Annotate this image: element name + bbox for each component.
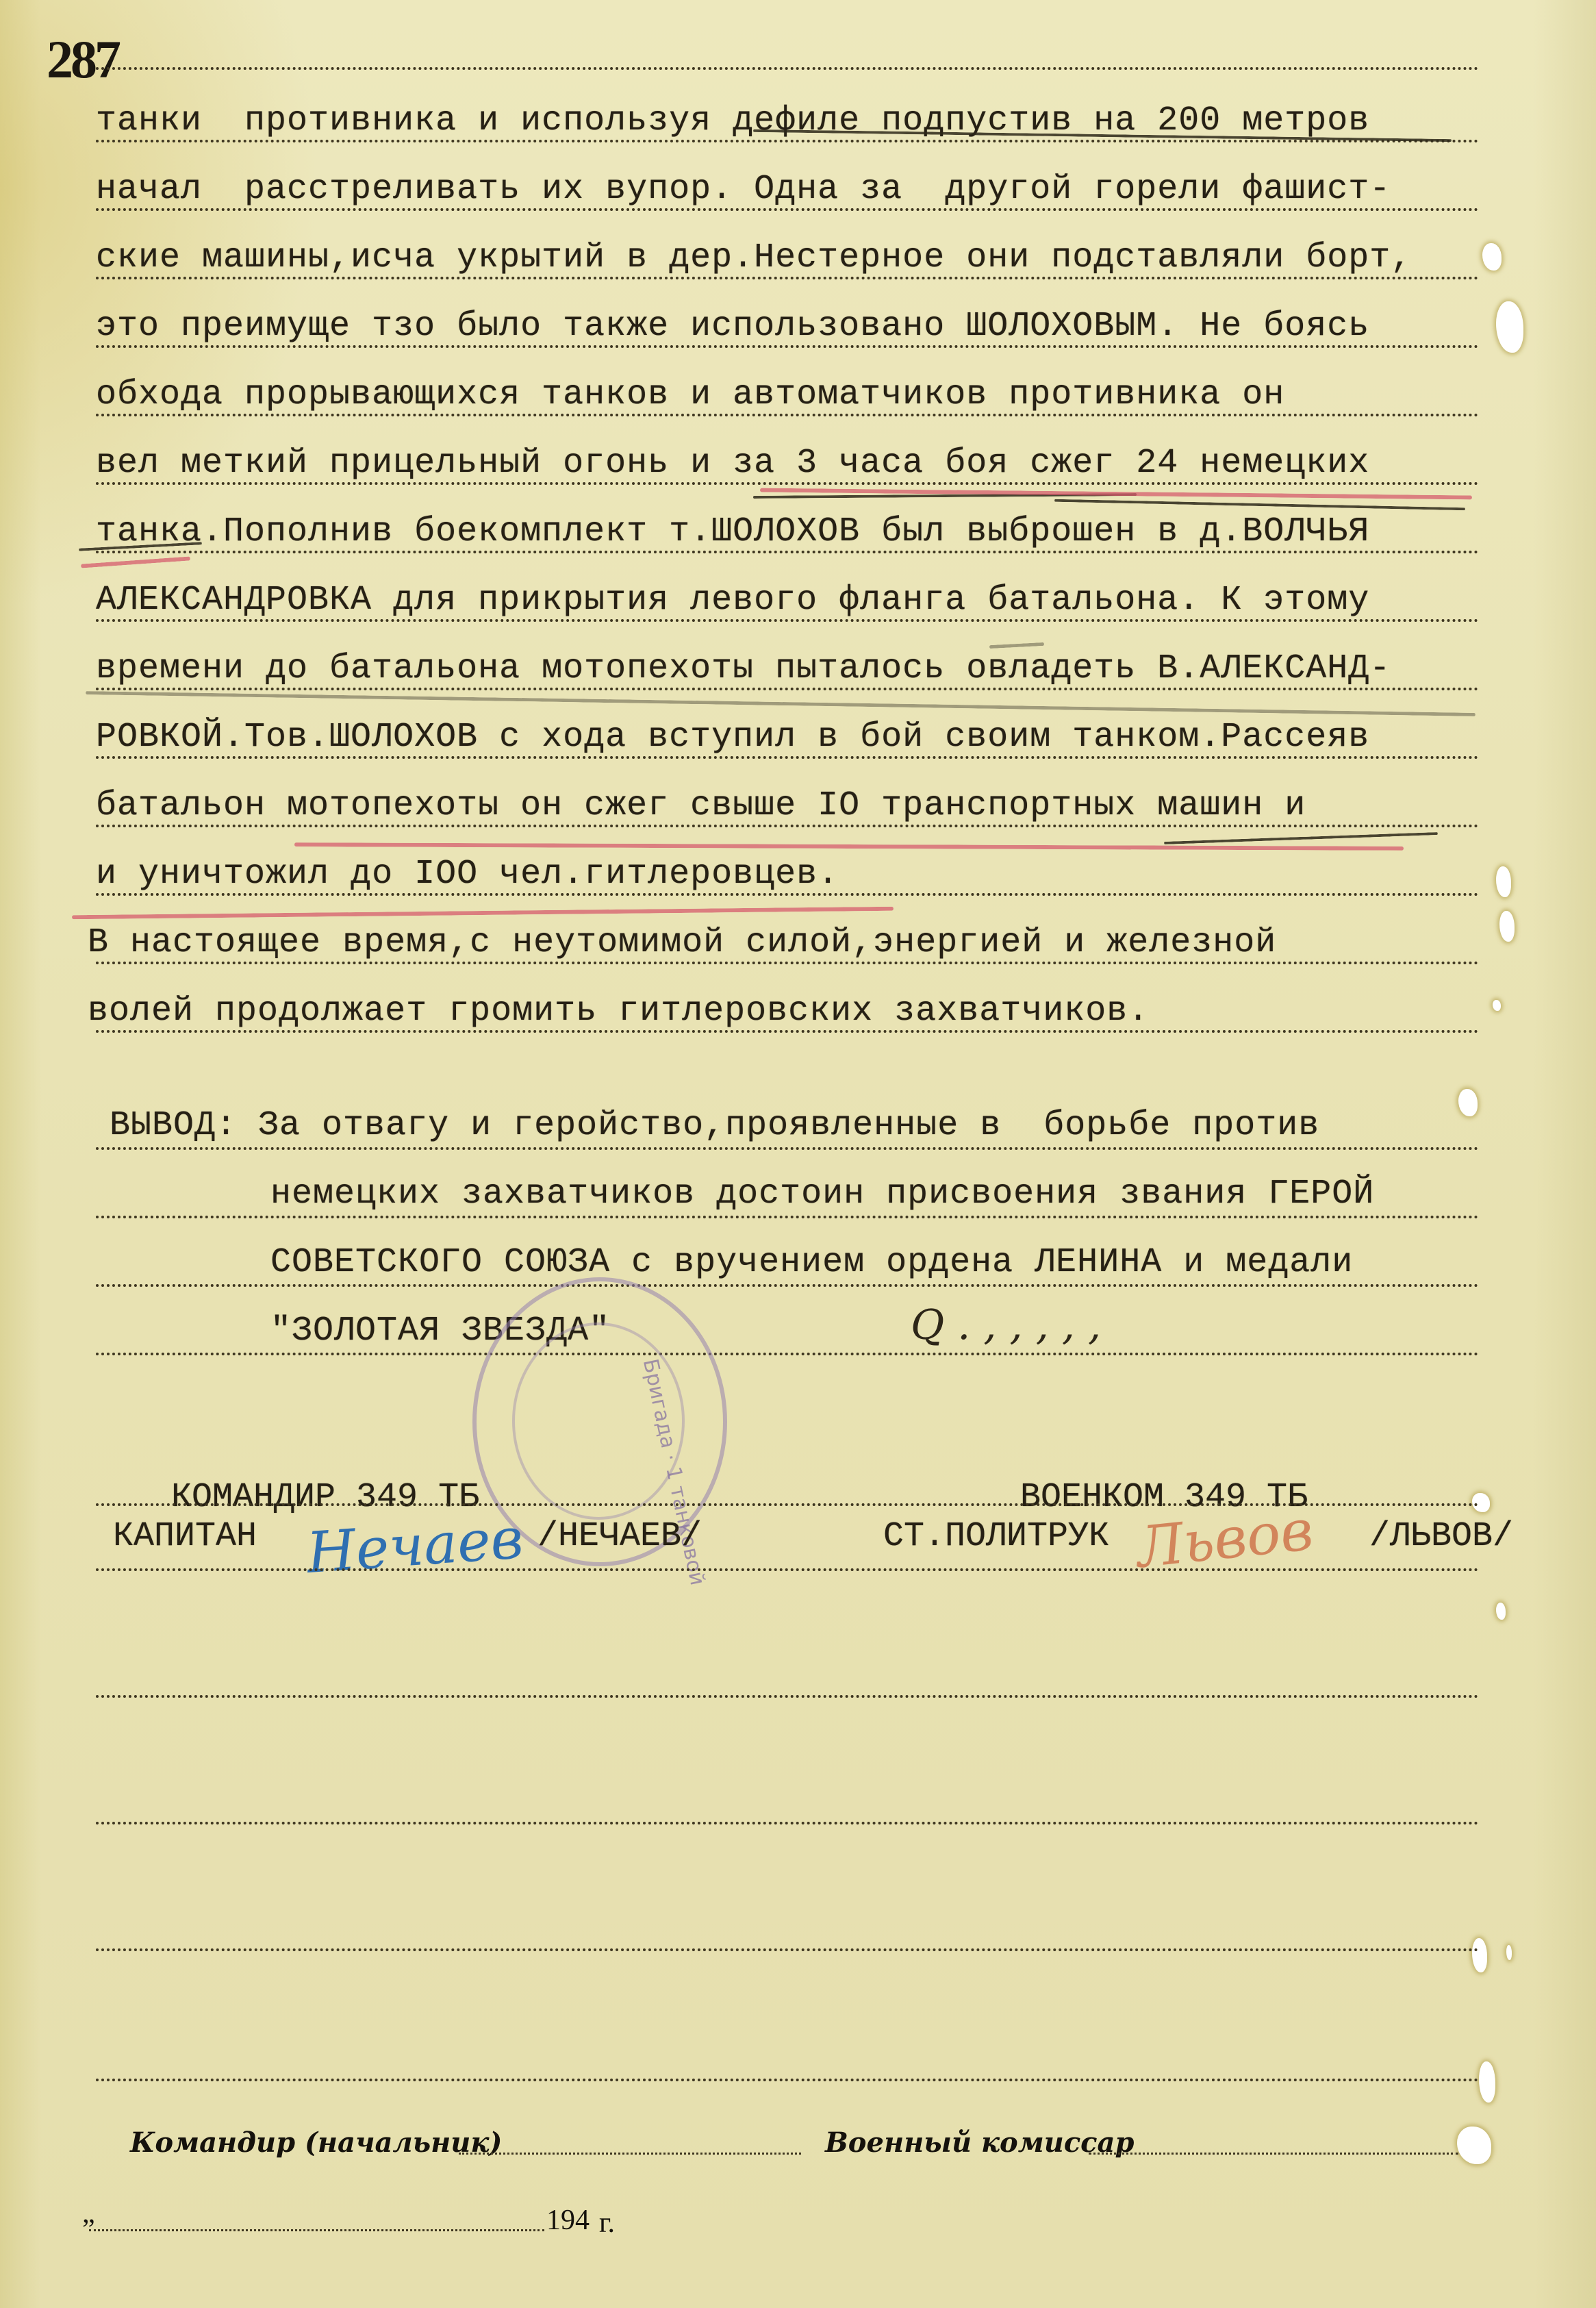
paper-hole (1493, 1000, 1501, 1011)
commissar-signature-line (1089, 2153, 1458, 2155)
dotted-rule (96, 619, 1479, 622)
commissar-name: /ЛЬВОВ/ (1369, 1517, 1513, 1556)
dotted-rule (96, 962, 1479, 964)
dotted-rule (96, 1568, 1479, 1571)
dotted-rule (96, 1695, 1479, 1698)
body-line: вел меткий прицельный огонь и за 3 часа … (96, 444, 1369, 483)
dotted-rule (96, 1284, 1479, 1287)
underline-mark (989, 642, 1044, 649)
dotted-rule (96, 1216, 1479, 1218)
dotted-rule (96, 688, 1479, 690)
date-line (89, 2229, 544, 2231)
dotted-rule (96, 1147, 1479, 1150)
commissar-form-label: Военный комиссар (825, 2127, 1134, 2159)
paper-hole (1479, 2061, 1495, 2103)
commander-signature: Нечаев (305, 1506, 525, 1586)
paper-hole (1499, 911, 1515, 942)
date-suffix: г. (599, 2207, 615, 2240)
date-year: 194 (546, 2204, 590, 2237)
award-sheet-page: 287 танки противника и используя дефиле … (0, 0, 1596, 2308)
underline-mark (760, 488, 1472, 500)
body-line: танка.Пополнив боекомплект т.ШОЛОХОВ был… (96, 512, 1369, 551)
underline-mark (294, 842, 1404, 851)
conclusion-line: немецких захватчиков достоин присвоения … (270, 1175, 1374, 1214)
underline-mark (1054, 499, 1465, 511)
body-line: это преимуще тзо было также использовано… (96, 307, 1369, 346)
body-line: времени до батальона мотопехоты пыталось… (96, 649, 1391, 688)
commander-form-label: Командир (начальник) (130, 2127, 502, 2159)
dotted-rule (96, 1353, 1479, 1355)
paper-hole (1472, 1938, 1487, 1972)
body-line: танки противника и используя дефиле подп… (96, 101, 1369, 140)
dotted-rule (96, 208, 1479, 211)
body-line: В настоящее время,с неутомимой силой,эне… (88, 923, 1276, 962)
dotted-rule (96, 893, 1479, 896)
dotted-rule (96, 277, 1479, 279)
dotted-rule (96, 1503, 1479, 1506)
body-line: АЛЕКСАНДРОВКА для прикрытия левого фланг… (96, 581, 1369, 620)
dotted-rule (96, 551, 1479, 553)
body-line: волей продолжает громить гитлеровских за… (88, 992, 1149, 1031)
dotted-rule (96, 67, 1479, 70)
body-line: и уничтожил до IOO чел.гитлеровцев. (96, 855, 839, 894)
commander-rank: КАПИТАН (113, 1517, 257, 1556)
dotted-rule (96, 414, 1479, 416)
dotted-rule (96, 2079, 1479, 2081)
dotted-rule (96, 140, 1479, 142)
dotted-rule (96, 825, 1479, 827)
conclusion-line: СОВЕТСКОГО СОЮЗА с вручением ордена ЛЕНИ… (270, 1243, 1353, 1282)
page-number: 287 (47, 29, 118, 90)
commander-title: КОМАНДИР 349 ТБ (171, 1478, 479, 1517)
body-line: обхода прорывающихся танков и автоматчик… (96, 375, 1284, 414)
body-line: начал расстреливать их вупор. Одна за др… (96, 170, 1391, 209)
paper-hole (1472, 1493, 1490, 1512)
commissar-rank: СТ.ПОЛИТРУК (883, 1517, 1109, 1556)
underline-mark (86, 691, 1475, 716)
paper-hole (1482, 243, 1502, 271)
conclusion-line: ВЫВОД: За отвагу и геройство,проявленные… (110, 1106, 1319, 1145)
date-open-quote: „ (82, 2197, 95, 2230)
paper-hole (1496, 866, 1511, 897)
dotted-rule (96, 482, 1479, 485)
paper-hole (1496, 301, 1523, 353)
underline-mark (72, 907, 894, 920)
dotted-rule (96, 1948, 1479, 1951)
body-line: РОВКОЙ.Тов.ШОЛОХОВ с хода вступил в бой … (96, 718, 1369, 757)
dotted-rule (96, 1822, 1479, 1824)
dotted-rule (96, 1030, 1479, 1033)
body-line: ские машины,исча укрытий в дер.Нестерное… (96, 238, 1412, 277)
handwritten-mark: Q . , , , , , (911, 1301, 1101, 1349)
paper-hole (1506, 1945, 1512, 1960)
underline-mark (1164, 832, 1438, 844)
commander-signature-line (459, 2153, 801, 2155)
dotted-rule (96, 756, 1479, 759)
paper-hole (1457, 2127, 1491, 2164)
dotted-rule (96, 345, 1479, 348)
commander-name: /НЕЧАЕВ/ (537, 1517, 702, 1556)
body-line: батальон мотопехоты он сжег свыше IO тра… (96, 786, 1306, 825)
underline-mark (81, 556, 190, 568)
paper-hole (1458, 1089, 1478, 1116)
paper-hole (1496, 1603, 1506, 1620)
